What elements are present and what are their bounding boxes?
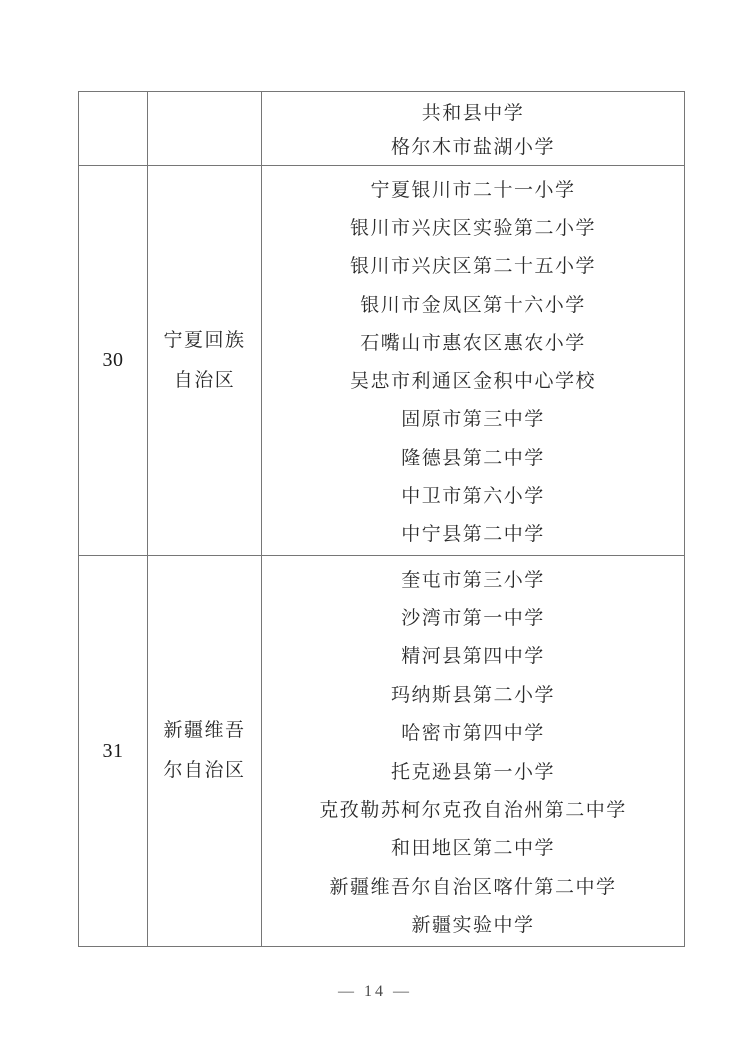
school-name: 格尔木市盐湖小学 — [262, 132, 684, 159]
region-cell: 新疆维吾尔自治区 — [148, 556, 262, 946]
school-table: 共和县中学格尔木市盐湖小学30宁夏回族自治区宁夏银川市二十一小学银川市兴庆区实验… — [78, 91, 685, 947]
region-name-line: 宁夏回族 — [163, 321, 245, 361]
school-name: 银川市兴庆区实验第二小学 — [262, 213, 684, 240]
row-number-cell: 31 — [79, 556, 148, 946]
page-number: — 14 — — [0, 983, 750, 1001]
region-name-line: 尔自治区 — [163, 751, 245, 791]
region-cell — [148, 92, 262, 165]
school-name: 中卫市第六小学 — [262, 481, 684, 508]
school-name: 吴忠市利通区金积中心学校 — [262, 366, 684, 393]
school-name: 和田地区第二中学 — [262, 833, 684, 860]
school-name: 克孜勒苏柯尔克孜自治州第二中学 — [262, 795, 684, 822]
table-row: 31新疆维吾尔自治区奎屯市第三小学沙湾市第一中学精河县第四中学玛纳斯县第二小学哈… — [79, 556, 684, 946]
schools-cell: 共和县中学格尔木市盐湖小学 — [262, 92, 684, 165]
schools-cell: 奎屯市第三小学沙湾市第一中学精河县第四中学玛纳斯县第二小学哈密市第四中学托克逊县… — [262, 556, 684, 946]
school-name: 隆德县第二中学 — [262, 443, 684, 470]
school-name: 银川市兴庆区第二十五小学 — [262, 251, 684, 278]
row-number: 30 — [103, 349, 124, 372]
school-name: 银川市金凤区第十六小学 — [262, 290, 684, 317]
school-name: 石嘴山市惠农区惠农小学 — [262, 328, 684, 355]
school-name: 玛纳斯县第二小学 — [262, 680, 684, 707]
school-name: 新疆实验中学 — [262, 910, 684, 937]
row-number-cell — [79, 92, 148, 165]
region-cell: 宁夏回族自治区 — [148, 166, 262, 555]
school-name: 托克逊县第一小学 — [262, 757, 684, 784]
row-number-cell: 30 — [79, 166, 148, 555]
table-row: 30宁夏回族自治区宁夏银川市二十一小学银川市兴庆区实验第二小学银川市兴庆区第二十… — [79, 166, 684, 556]
school-name: 宁夏银川市二十一小学 — [262, 175, 684, 202]
school-name: 沙湾市第一中学 — [262, 603, 684, 630]
row-number: 31 — [103, 740, 124, 763]
school-name: 共和县中学 — [262, 98, 684, 125]
school-name: 精河县第四中学 — [262, 641, 684, 668]
school-name: 新疆维吾尔自治区喀什第二中学 — [262, 872, 684, 899]
school-name: 哈密市第四中学 — [262, 718, 684, 745]
school-name: 固原市第三中学 — [262, 404, 684, 431]
table-row: 共和县中学格尔木市盐湖小学 — [79, 92, 684, 166]
schools-cell: 宁夏银川市二十一小学银川市兴庆区实验第二小学银川市兴庆区第二十五小学银川市金凤区… — [262, 166, 684, 555]
region-name-line: 新疆维吾 — [163, 711, 245, 751]
region-name-line: 自治区 — [174, 361, 236, 401]
document-page: 共和县中学格尔木市盐湖小学30宁夏回族自治区宁夏银川市二十一小学银川市兴庆区实验… — [0, 0, 750, 1061]
school-name: 中宁县第二中学 — [262, 519, 684, 546]
school-name: 奎屯市第三小学 — [262, 565, 684, 592]
